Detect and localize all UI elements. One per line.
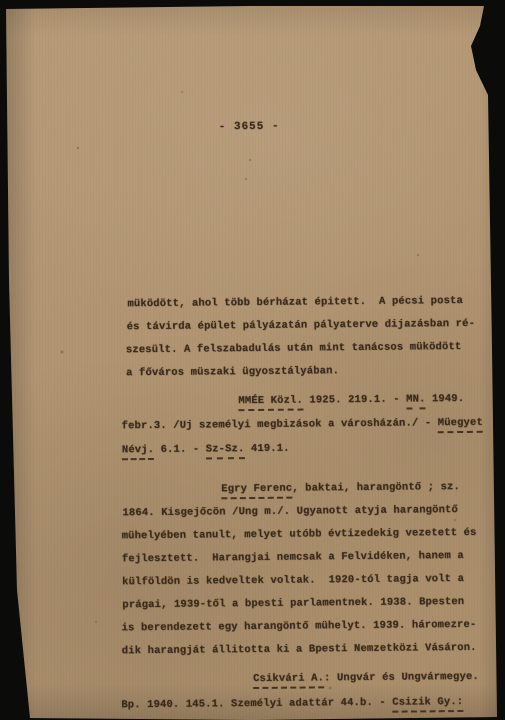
text-line: szesült. A felszabadulás után mint tanác… [126,340,462,357]
text-segment: a főváros müszaki ügyosztályában. [126,365,339,379]
text-segment: 6.1. - [154,443,206,455]
text-line: Csikvári A.: Ungvár és Ungvármegye. [253,670,479,686]
text-segment: Bp. 1940. 145.1. Személyi adattár 44.b. … [121,697,392,712]
text-segment: 419.1. [244,443,289,455]
underlined-text-segment: MN. [406,393,426,409]
text-line: Névj. 6.1. - Sz-Sz. 419.1. [122,442,290,458]
underlined-text-segment: Névj. [122,444,154,460]
text-segment: febr.3. /Uj személyi megbizások a városh… [122,417,438,432]
text-layer: - 3655 - müködött, ahol több bérházat ép… [0,0,505,720]
underlined-text-segment: Csikvári A. [253,672,324,689]
text-segment: külföldön is kedveltek voltak. 1920-tól … [122,573,464,588]
text-segment: fejlesztett. Harangjai nemcsak a Felvidé… [122,550,464,565]
text-segment: mühelyében tanult, melyet utóbb évtizede… [122,527,477,542]
text-segment: 1949. [425,393,464,405]
text-line: müködött, ahol több bérházat épitett. A … [127,294,463,311]
text-line: 1864. Kisgejőcön /Ung m./. Ugyanott atyj… [122,503,458,520]
underlined-text-segment: Egry Ferenc [221,483,292,500]
text-line: külföldön is kedveltek voltak. 1920-tól … [122,572,464,589]
text-segment: dik harangját állitotta ki a Bpesti Nemz… [122,642,477,657]
text-line: dik harangját állitotta ki a Bpesti Nemz… [122,641,477,658]
text-line: febr.3. /Uj személyi megbizások a városh… [122,416,483,433]
text-segment: 1925. 219.1. - [303,394,406,407]
underlined-text-segment: Müegyet [438,417,483,433]
text-line: MMÉE Közl. 1925. 219.1. - MN. 1949. [238,392,464,408]
text-line: Bp. 1940. 145.1. Személyi adattár 44.b. … [121,695,463,712]
text-segment: szesült. A felszabadulás után mint tanác… [126,341,462,356]
underlined-text-segment: Csizik Gy.: [392,696,463,713]
scanned-document-page: - 3655 - müködött, ahol több bérházat ép… [0,0,505,720]
text-line: a főváros müszaki ügyosztályában. [126,364,339,380]
text-line: mühelyében tanult, melyet utóbb évtizede… [122,526,477,543]
text-segment: müködött, ahol több bérházat épitett. A … [127,295,463,310]
text-segment: 1864. Kisgejőcön /Ung m./. Ugyanott atyj… [122,504,458,519]
page-number: - 3655 - [219,121,280,134]
text-segment: : Ungvár és Ungvármegye. [324,671,479,684]
text-segment: és távirda épület pályázatán pályaterve … [127,318,475,333]
text-line: prágai, 1939-től a bpesti parlamentnek. … [122,595,464,612]
text-segment: , baktai, harangöntő ; sz. [292,481,460,495]
text-line: és távirda épület pályázatán pályaterve … [127,317,475,334]
underlined-text-segment: Sz-Sz. [206,443,245,459]
text-line: Egry Ferenc, baktai, harangöntő ; sz. [221,480,460,496]
text-line: is berendezett egy harangöntő mühelyt. 1… [122,618,477,635]
text-segment: is berendezett egy harangöntő mühelyt. 1… [122,619,477,634]
text-segment: prágai, 1939-től a bpesti parlamentnek. … [122,596,464,611]
underlined-text-segment: MMÉE Közl. [238,395,303,412]
text-line: fejlesztett. Harangjai nemcsak a Felvidé… [122,549,464,566]
